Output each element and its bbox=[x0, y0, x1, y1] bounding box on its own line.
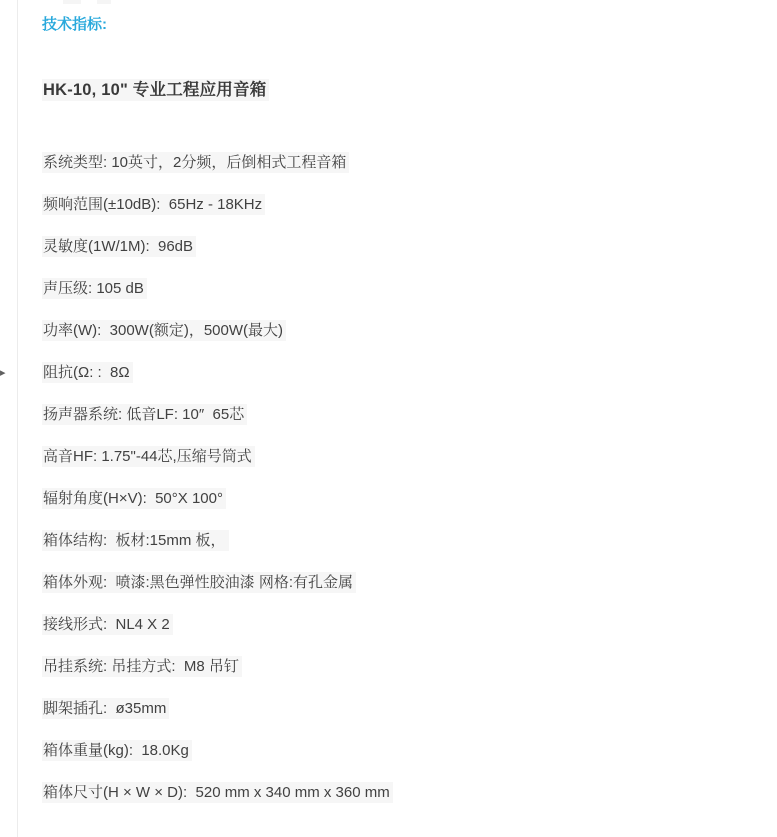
spec-line-cabinet-construction: 箱体结构: 板材:15mm 板， bbox=[42, 531, 747, 551]
spec-line-cabinet-finish: 箱体外观: 喷漆:黑色弹性胶油漆 网格:有孔金属 bbox=[42, 573, 747, 593]
spec-line-impedance: 阻抗(Ω: : 8Ω bbox=[42, 363, 747, 383]
spec-content: 技术指标: HK-10, 10" 专业工程应用音箱 系统类型: 10英寸，2分频… bbox=[0, 15, 777, 803]
spec-line-dimensions: 箱体尺寸(H × W × D): 520 mm x 340 mm x 360 m… bbox=[42, 783, 747, 803]
spec-list: 系统类型: 10英寸，2分频，后倒相式工程音箱 频响范围(±10dB): 65H… bbox=[42, 153, 747, 803]
spec-line-connectors: 接线形式: NL4 X 2 bbox=[42, 615, 747, 635]
spec-page: ▸ 技术指标: HK-10, 10" 专业工程应用音箱 系统类型: 10英寸，2… bbox=[0, 15, 777, 803]
panel-expand-arrow-icon[interactable]: ▸ bbox=[0, 366, 6, 380]
spec-line-hf-driver: 高音HF: 1.75"-44芯,压缩号筒式 bbox=[42, 447, 747, 467]
product-heading: HK-10, 10" 专业工程应用音箱 bbox=[42, 79, 747, 101]
spec-line-lf-driver: 扬声器系统: 低音LF: 10″ 65芯 bbox=[42, 405, 747, 425]
spec-line-system-type: 系统类型: 10英寸，2分频，后倒相式工程音箱 bbox=[42, 153, 747, 173]
spec-line-power: 功率(W): 300W(额定)，500W(最大) bbox=[42, 321, 747, 341]
spec-line-pole-mount: 脚架插孔: ø35mm bbox=[42, 699, 747, 719]
spec-line-sensitivity: 灵敏度(1W/1M): 96dB bbox=[42, 237, 747, 257]
spec-line-spl: 声压级: 105 dB bbox=[42, 279, 747, 299]
cutoff-fragment bbox=[63, 0, 81, 4]
cutoff-fragment bbox=[97, 0, 111, 4]
spec-line-rigging: 吊挂系统: 吊挂方式: M8 吊钉 bbox=[42, 657, 747, 677]
left-divider bbox=[17, 0, 18, 837]
spec-line-frequency-range: 频响范围(±10dB): 65Hz - 18KHz bbox=[42, 195, 747, 215]
spec-line-weight: 箱体重量(kg): 18.0Kg bbox=[42, 741, 747, 761]
spec-line-coverage-angle: 辐射角度(H×V): 50°X 100° bbox=[42, 489, 747, 509]
product-heading-text: HK-10, 10" 专业工程应用音箱 bbox=[42, 79, 269, 101]
section-title: 技术指标: bbox=[42, 15, 747, 35]
